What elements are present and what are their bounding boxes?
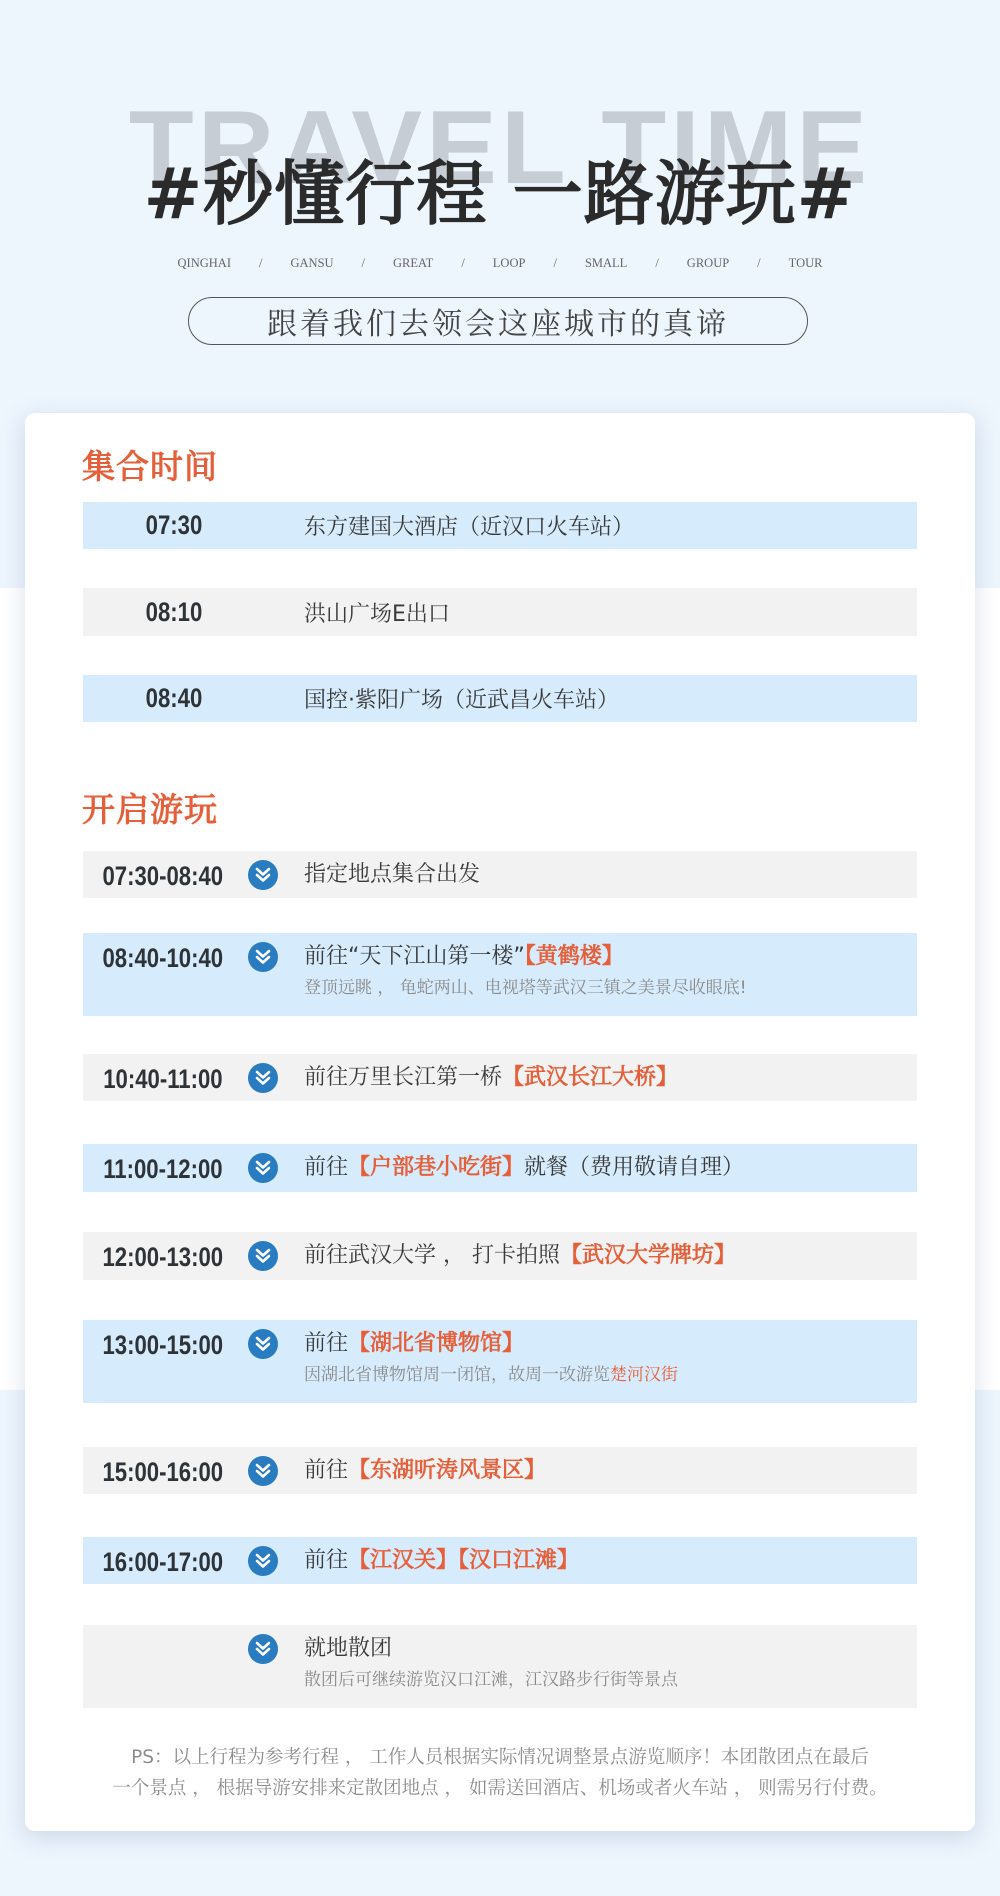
double-chevron-down-icon (248, 1329, 278, 1359)
meeting-row: 08:40 国控·紫阳广场（近武昌火车站） (83, 675, 917, 722)
attraction-highlight: 【武汉大学牌坊】 (560, 1243, 736, 1268)
meeting-place: 洪山广场E出口 (304, 588, 450, 636)
schedule-time: 07:30-08:40 (102, 862, 223, 890)
ps-note-line: PS：以上行程为参考行程 ， 工作人员根据实际情况调整景点游览顺序！本团散团点在… (82, 1742, 918, 1773)
double-chevron-down-icon (248, 1153, 278, 1183)
page-title: #秒懂行程 一路游玩# (0, 152, 1000, 236)
tagline-separator: / (757, 254, 760, 272)
schedule-time: 08:40-10:40 (102, 944, 223, 972)
schedule-row: 12:00-13:00 前往武汉大学 ， 打卡拍照【武汉大学牌坊】 (83, 1232, 917, 1280)
tagline-separator: / (461, 254, 464, 272)
section-title-meeting: 集合时间 (82, 447, 218, 487)
schedule-content: 前往【户部巷小吃街】就餐（费用敬请自理） (304, 1152, 907, 1184)
schedule-text: 前往万里长江第一桥 (304, 1065, 502, 1090)
schedule-content: 前往【江汉关】【汉口江滩】 (304, 1545, 907, 1577)
schedule-note: 登顶远眺 ， 龟蛇两山、电视塔等武汉三镇之美景尽收眼底! (304, 975, 907, 1001)
attraction-highlight: 【户部巷小吃街】 (348, 1155, 524, 1180)
schedule-text: 前往 (304, 1548, 348, 1573)
schedule-row: 08:40-10:40 前往“天下江山第一楼”【黄鹤楼】 登顶远眺 ， 龟蛇两山… (83, 933, 917, 1016)
schedule-text: 前往 (304, 1458, 348, 1483)
attraction-highlight: 【武汉长江大桥】 (502, 1065, 678, 1090)
schedule-row: 11:00-12:00 前往【户部巷小吃街】就餐（费用敬请自理） (83, 1144, 917, 1192)
schedule-content: 前往【湖北省博物馆】 因湖北省博物馆周一闭馆，故周一改游览楚河汉街 (304, 1328, 907, 1388)
schedule-row: 10:40-11:00 前往万里长江第一桥【武汉长江大桥】 (83, 1054, 917, 1101)
meeting-time: 08:40 (99, 675, 248, 722)
double-chevron-down-icon (248, 942, 278, 972)
double-chevron-down-icon (248, 1546, 278, 1576)
meeting-row: 07:30 东方建国大酒店（近汉口火车站） (83, 502, 917, 549)
tagline-word: SMALL (585, 254, 627, 272)
schedule-note: 因湖北省博物馆周一闭馆，故周一改游览楚河汉街 (304, 1362, 907, 1388)
double-chevron-down-icon (248, 860, 278, 890)
tagline-separator: / (362, 254, 365, 272)
schedule-time: 15:00-16:00 (102, 1458, 223, 1486)
schedule-text: 就地散团 (304, 1636, 392, 1661)
meeting-place: 东方建国大酒店（近汉口火车站） (304, 502, 634, 549)
schedule-time: 10:40-11:00 (104, 1065, 223, 1093)
attraction-highlight: 【黄鹤楼】 (525, 944, 624, 969)
meeting-time: 07:30 (99, 502, 248, 549)
schedule-row: 16:00-17:00 前往【江汉关】【汉口江滩】 (83, 1537, 917, 1584)
attraction-highlight: 【江汉关】【汉口江滩】 (348, 1548, 579, 1573)
schedule-note-highlight: 楚河汉街 (610, 1365, 678, 1385)
section-title-schedule: 开启游玩 (82, 790, 218, 830)
schedule-time: 12:00-13:00 (102, 1243, 223, 1271)
ps-note-line: 一个景点 ， 根据导游安排来定散团地点 ， 如需送回酒店、机场或者火车站 ， 则… (82, 1773, 918, 1804)
meeting-time: 08:10 (99, 588, 248, 636)
tagline: QINGHAI/GANSU/GREAT/LOOP/SMALL/GROUP/TOU… (0, 254, 1000, 272)
double-chevron-down-icon (248, 1634, 278, 1664)
schedule-content: 前往万里长江第一桥【武汉长江大桥】 (304, 1062, 907, 1094)
schedule-time: 11:00-12:00 (104, 1155, 223, 1183)
tagline-separator: / (553, 254, 556, 272)
schedule-time: 13:00-15:00 (102, 1331, 223, 1359)
schedule-content: 指定地点集合出发 (304, 859, 907, 891)
schedule-content: 就地散团 散团后可继续游览汉口江滩，江汉路步行街等景点 (304, 1633, 907, 1693)
attraction-highlight: 【湖北省博物馆】 (348, 1331, 524, 1356)
tagline-word: GROUP (687, 254, 729, 272)
ps-note: PS：以上行程为参考行程 ， 工作人员根据实际情况调整景点游览顺序！本团散团点在… (82, 1742, 918, 1804)
tagline-separator: / (259, 254, 262, 272)
tagline-word: LOOP (493, 254, 526, 272)
schedule-content: 前往武汉大学 ， 打卡拍照【武汉大学牌坊】 (304, 1240, 907, 1272)
double-chevron-down-icon (248, 1063, 278, 1093)
tagline-word: GANSU (290, 254, 333, 272)
meeting-row: 08:10 洪山广场E出口 (83, 588, 917, 636)
tagline-word: GREAT (393, 254, 433, 272)
schedule-row: 就地散团 散团后可继续游览汉口江滩，江汉路步行街等景点 (83, 1625, 917, 1708)
double-chevron-down-icon (248, 1241, 278, 1271)
subtitle-pill: 跟着我们去领会这座城市的真谛 (188, 297, 808, 345)
schedule-row: 07:30-08:40 指定地点集合出发 (83, 851, 917, 898)
tagline-word: QINGHAI (178, 254, 231, 272)
schedule-text-suffix: 就餐（费用敬请自理） (524, 1155, 744, 1180)
meeting-place: 国控·紫阳广场（近武昌火车站） (304, 675, 619, 722)
schedule-row: 13:00-15:00 前往【湖北省博物馆】 因湖北省博物馆周一闭馆，故周一改游… (83, 1320, 917, 1403)
schedule-time: 16:00-17:00 (102, 1548, 223, 1576)
schedule-text: 指定地点集合出发 (304, 862, 480, 887)
tagline-separator: / (655, 254, 658, 272)
schedule-note-text: 因湖北省博物馆周一闭馆，故周一改游览 (304, 1365, 610, 1385)
schedule-note: 散团后可继续游览汉口江滩，江汉路步行街等景点 (304, 1667, 907, 1693)
schedule-text: 前往 (304, 1331, 348, 1356)
schedule-text: 前往武汉大学 ， 打卡拍照 (304, 1243, 560, 1268)
double-chevron-down-icon (248, 1456, 278, 1486)
schedule-text: 前往“天下江山第一楼” (304, 944, 525, 969)
tagline-word: TOUR (789, 254, 823, 272)
schedule-row: 15:00-16:00 前往【东湖听涛风景区】 (83, 1447, 917, 1494)
schedule-text: 前往 (304, 1155, 348, 1180)
schedule-content: 前往【东湖听涛风景区】 (304, 1455, 907, 1487)
attraction-highlight: 【东湖听涛风景区】 (348, 1458, 546, 1483)
schedule-content: 前往“天下江山第一楼”【黄鹤楼】 登顶远眺 ， 龟蛇两山、电视塔等武汉三镇之美景… (304, 941, 907, 1001)
